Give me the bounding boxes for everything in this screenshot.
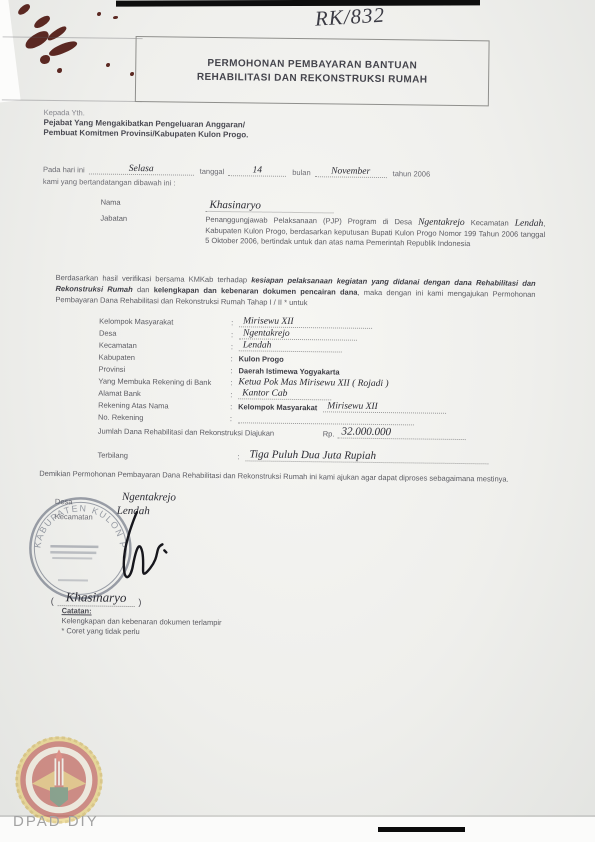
bank-opener-label: Yang Membuka Rekening di Bank	[98, 377, 230, 388]
stamp-center-lines	[50, 545, 98, 548]
faint-rule-top	[3, 36, 143, 39]
faint-rule-bottom	[2, 99, 142, 102]
handwritten-terbilang-value: Tiga Puluh Dua Juta Rupiah	[245, 448, 488, 464]
nama-label: Nama	[100, 198, 205, 212]
nama-row: Nama Khasinaryo	[100, 198, 550, 216]
tanggal-label: tanggal	[200, 167, 225, 176]
verification-seg-3: dan	[137, 285, 150, 294]
close-paren: )	[138, 597, 141, 607]
jabatan-row: Jabatan Penanggungjawab Pelaksanaan (PJP…	[100, 214, 550, 251]
alamat-bank-label: Alamat Bank	[98, 389, 230, 400]
notes-block: Catatan: Kelengkapan dan kebenaran dokum…	[61, 606, 221, 638]
verification-seg-1: Berdasarkan hasil verifikasi bersama KMK…	[56, 273, 248, 284]
verification-seg-4-bold: kelengkapan dan kebenaran dokumen pencai…	[154, 285, 358, 296]
rekening-atas-nama-label: Rekening Atas Nama	[98, 401, 230, 412]
signature-scribble	[98, 510, 194, 601]
handwritten-desa-value: Ngentakrejo	[239, 328, 357, 340]
handwritten-day: Selasa	[89, 163, 194, 175]
date-second-line: kami yang bertandatangan dibawah ini :	[43, 177, 176, 188]
jabatan-text-2: Kecamatan	[471, 218, 509, 227]
open-paren: (	[51, 596, 54, 606]
provinsi-label: Provinsi	[99, 365, 231, 376]
handwritten-kecamatan-value: Lendah	[239, 340, 342, 352]
kabupaten-label: Kabupaten	[99, 353, 231, 364]
jabatan-label: Jabatan	[100, 214, 205, 247]
addressee-block: Kepada Yth. Pejabat Yang Mengakibatkan P…	[43, 108, 248, 141]
scan-bottom-black-bar	[378, 827, 465, 832]
bulan-label: bulan	[292, 168, 310, 177]
provinsi-value: Daerah Istimewa Yogyakarta	[238, 366, 339, 376]
handwritten-rekening-atas-nama: Mirisewu XII	[323, 401, 446, 414]
jumlah-label: Jumlah Dana Rehabilitasi dan Rekonstruks…	[98, 427, 323, 439]
desa-label: Desa	[99, 329, 231, 340]
addressee-line-3: Pembuat Komitmen Provinsi/Kabupaten Kulo…	[43, 128, 248, 141]
handwritten-jabatan-kecamatan: Lendah	[515, 219, 544, 229]
handwritten-jabatan-desa: Ngentakrejo	[418, 217, 465, 228]
rekening-atas-nama-printed: Kelompok Masyarakat	[238, 402, 317, 412]
dpad-diy-watermark: DPAD DIY	[13, 813, 99, 830]
handwritten-month: November	[315, 166, 387, 178]
government-emblem-logo	[14, 735, 104, 825]
handwritten-jumlah-value: 32.000.000	[337, 426, 465, 441]
notes-line-2: * Coret yang tidak perlu	[61, 626, 221, 638]
document-content: RK/832 PERMOHONAN PEMBAYARAN BANTUAN REH…	[0, 0, 595, 842]
kabupaten-value: Kulon Progo	[239, 354, 284, 364]
jumlah-currency-label: Rp.	[323, 429, 335, 438]
form-fields: Kelompok Masyarakat: Mirisewu XII Desa: …	[97, 314, 559, 466]
jabatan-text-1: Penanggungjawab Pelaksanaan (PJP) Progra…	[205, 215, 412, 227]
handwritten-nama: Khasinaryo	[205, 199, 333, 214]
identity-block: Nama Khasinaryo Jabatan Penanggungjawab …	[100, 198, 551, 251]
terbilang-label: Terbilang	[97, 451, 237, 462]
handwritten-ref-number: RK/832	[314, 3, 385, 32]
date-prefix-label: Pada hari ini	[43, 165, 85, 175]
handwritten-bank-opener-value: Ketua Pok Mas Mirisewu XII ( Rojadi )	[238, 377, 388, 389]
kelompok-label: Kelompok Masyarakat	[99, 317, 231, 328]
scanned-page-background: RK/832 PERMOHONAN PEMBAYARAN BANTUAN REH…	[0, 0, 595, 842]
field-row-terbilang: Terbilang: Tiga Puluh Dua Juta Rupiah	[97, 446, 557, 466]
tahun-label: tahun 2006	[393, 169, 431, 178]
handwritten-alamat-bank-value: Kantor Cab	[238, 388, 331, 400]
verification-paragraph: Berdasarkan hasil verifikasi bersama KMK…	[55, 273, 535, 311]
closing-paragraph: Demikian Permohonan Pembayaran Dana Reha…	[39, 469, 539, 486]
document-title-line-1: PERMOHONAN PEMBAYARAN BANTUAN	[207, 57, 417, 71]
jabatan-description: Penanggungjawab Pelaksanaan (PJP) Progra…	[205, 215, 545, 251]
handwritten-signature-name: Khasinaryo	[58, 589, 135, 607]
no-rekening-blank-line	[238, 413, 414, 425]
handwritten-kelompok-value: Mirisewu XII	[239, 316, 372, 329]
no-rekening-label: No. Rekening	[98, 413, 230, 424]
handwritten-date: 14	[228, 165, 286, 177]
document-title-line-2: REHABILITASI DAN REKONSTRUKSI RUMAH	[197, 71, 428, 85]
document-title-box: PERMOHONAN PEMBAYARAN BANTUAN REHABILITA…	[135, 36, 490, 106]
kecamatan-label: Kecamatan	[99, 341, 231, 352]
